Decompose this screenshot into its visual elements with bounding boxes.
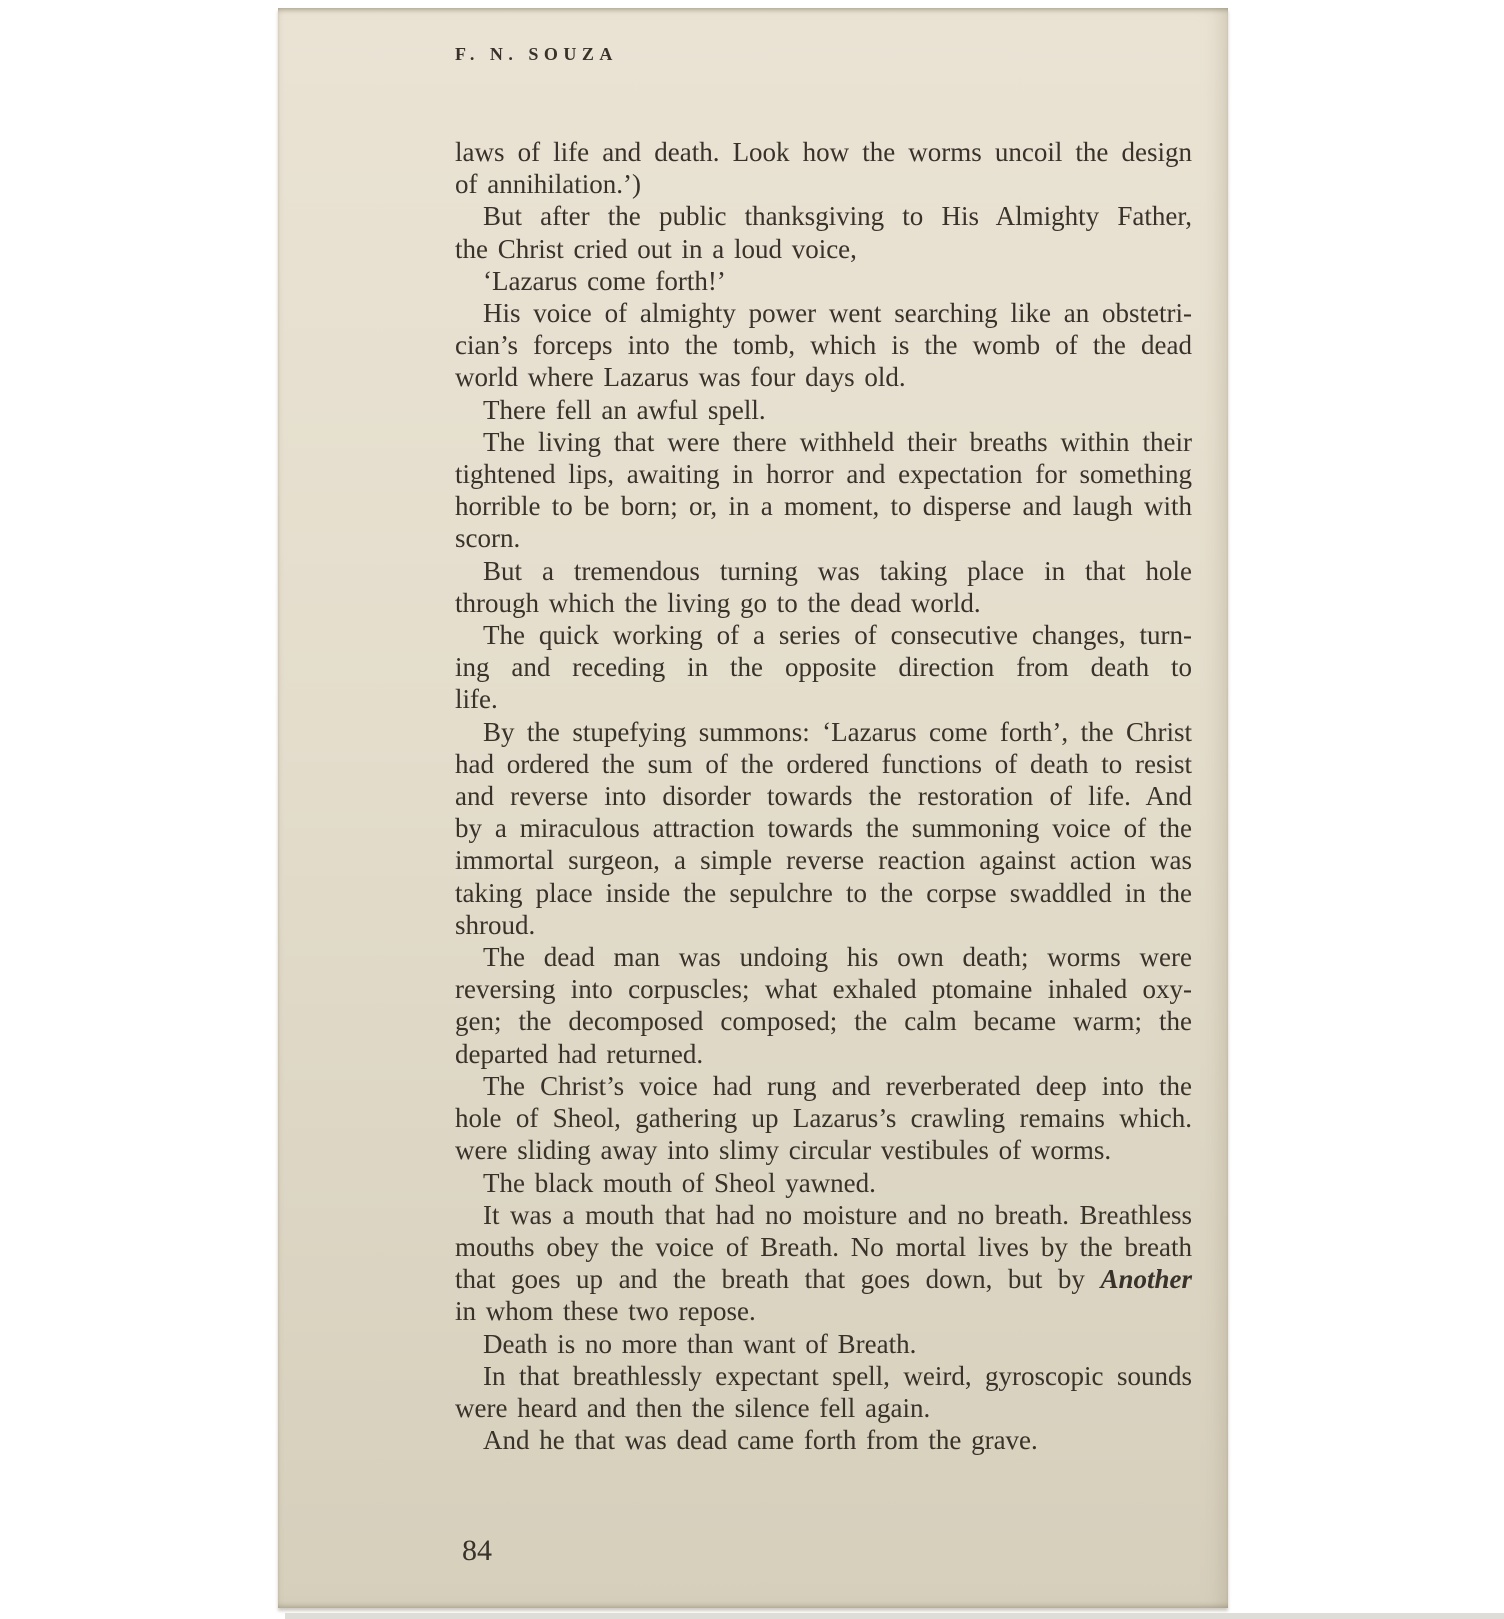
text-line: hole of Sheol, gathering up Lazarus’s cr… [455, 1102, 1192, 1134]
text-line: scorn. [455, 522, 1192, 554]
text-line: immortal surgeon, a simple reverse react… [455, 844, 1192, 876]
scan-backdrop: F. N. SOUZA laws of life and death. Look… [0, 0, 1504, 1619]
text-line: reversing into corpuscles; what exhaled … [455, 973, 1192, 1005]
text-line: ‘Lazarus come forth!’ [455, 265, 1192, 297]
text-line: of annihilation.’) [455, 168, 1192, 200]
text-line: taking place inside the sepulchre to the… [455, 877, 1192, 909]
text-line: mouths obey the voice of Breath. No mort… [455, 1231, 1192, 1263]
text-line: cian’s forceps into the tomb, which is t… [455, 329, 1192, 361]
page-number: 84 [462, 1534, 492, 1568]
book-page: F. N. SOUZA laws of life and death. Look… [278, 8, 1228, 1608]
text-line: had ordered the sum of the ordered funct… [455, 748, 1192, 780]
text-line: life. [455, 683, 1192, 715]
text-line: in whom these two repose. [455, 1295, 1192, 1327]
text-line: horrible to be born; or, in a moment, to… [455, 490, 1192, 522]
text-line: gen; the decomposed composed; the calm b… [455, 1005, 1192, 1037]
text-line: The black mouth of Sheol yawned. [455, 1167, 1192, 1199]
scanner-edge-strip [285, 1613, 1504, 1619]
text-line: The quick working of a series of consecu… [455, 619, 1192, 651]
text-line: tightened lips, awaiting in horror and e… [455, 458, 1192, 490]
text-line: And he that was dead came forth from the… [455, 1424, 1192, 1456]
text-line: that goes up and the breath that goes do… [455, 1263, 1192, 1295]
text-line: But after the public thanksgiving to His… [455, 200, 1192, 232]
text-line: shroud. [455, 909, 1192, 941]
text-line: By the stupefying summons: ‘Lazarus come… [455, 716, 1192, 748]
text-line: The Christ’s voice had rung and reverber… [455, 1070, 1192, 1102]
text-line: The living that were there withheld thei… [455, 426, 1192, 458]
text-line: laws of life and death. Look how the wor… [455, 136, 1192, 168]
text-line: There fell an awful spell. [455, 394, 1192, 426]
text-line: were heard and then the silence fell aga… [455, 1392, 1192, 1424]
emphasis-word: Another [1100, 1264, 1192, 1294]
text-line: But a tremendous turning was taking plac… [455, 555, 1192, 587]
text-line: His voice of almighty power went searchi… [455, 297, 1192, 329]
text-line: departed had returned. [455, 1038, 1192, 1070]
text-line: In that breathlessly expectant spell, we… [455, 1360, 1192, 1392]
text-line: ing and receding in the opposite directi… [455, 651, 1192, 683]
text-line: were sliding away into slimy circular ve… [455, 1134, 1192, 1166]
text-line: world where Lazarus was four days old. [455, 361, 1192, 393]
text-line: the Christ cried out in a loud voice, [455, 233, 1192, 265]
text-block: laws of life and death. Look how the wor… [455, 136, 1192, 1456]
text-line: The dead man was undoing his own death; … [455, 941, 1192, 973]
page-header: F. N. SOUZA [455, 44, 618, 65]
text-line: Death is no more than want of Breath. [455, 1328, 1192, 1360]
text-line: by a miraculous attraction towards the s… [455, 812, 1192, 844]
text-line: It was a mouth that had no moisture and … [455, 1199, 1192, 1231]
text-line: through which the living go to the dead … [455, 587, 1192, 619]
text-line: and reverse into disorder towards the re… [455, 780, 1192, 812]
